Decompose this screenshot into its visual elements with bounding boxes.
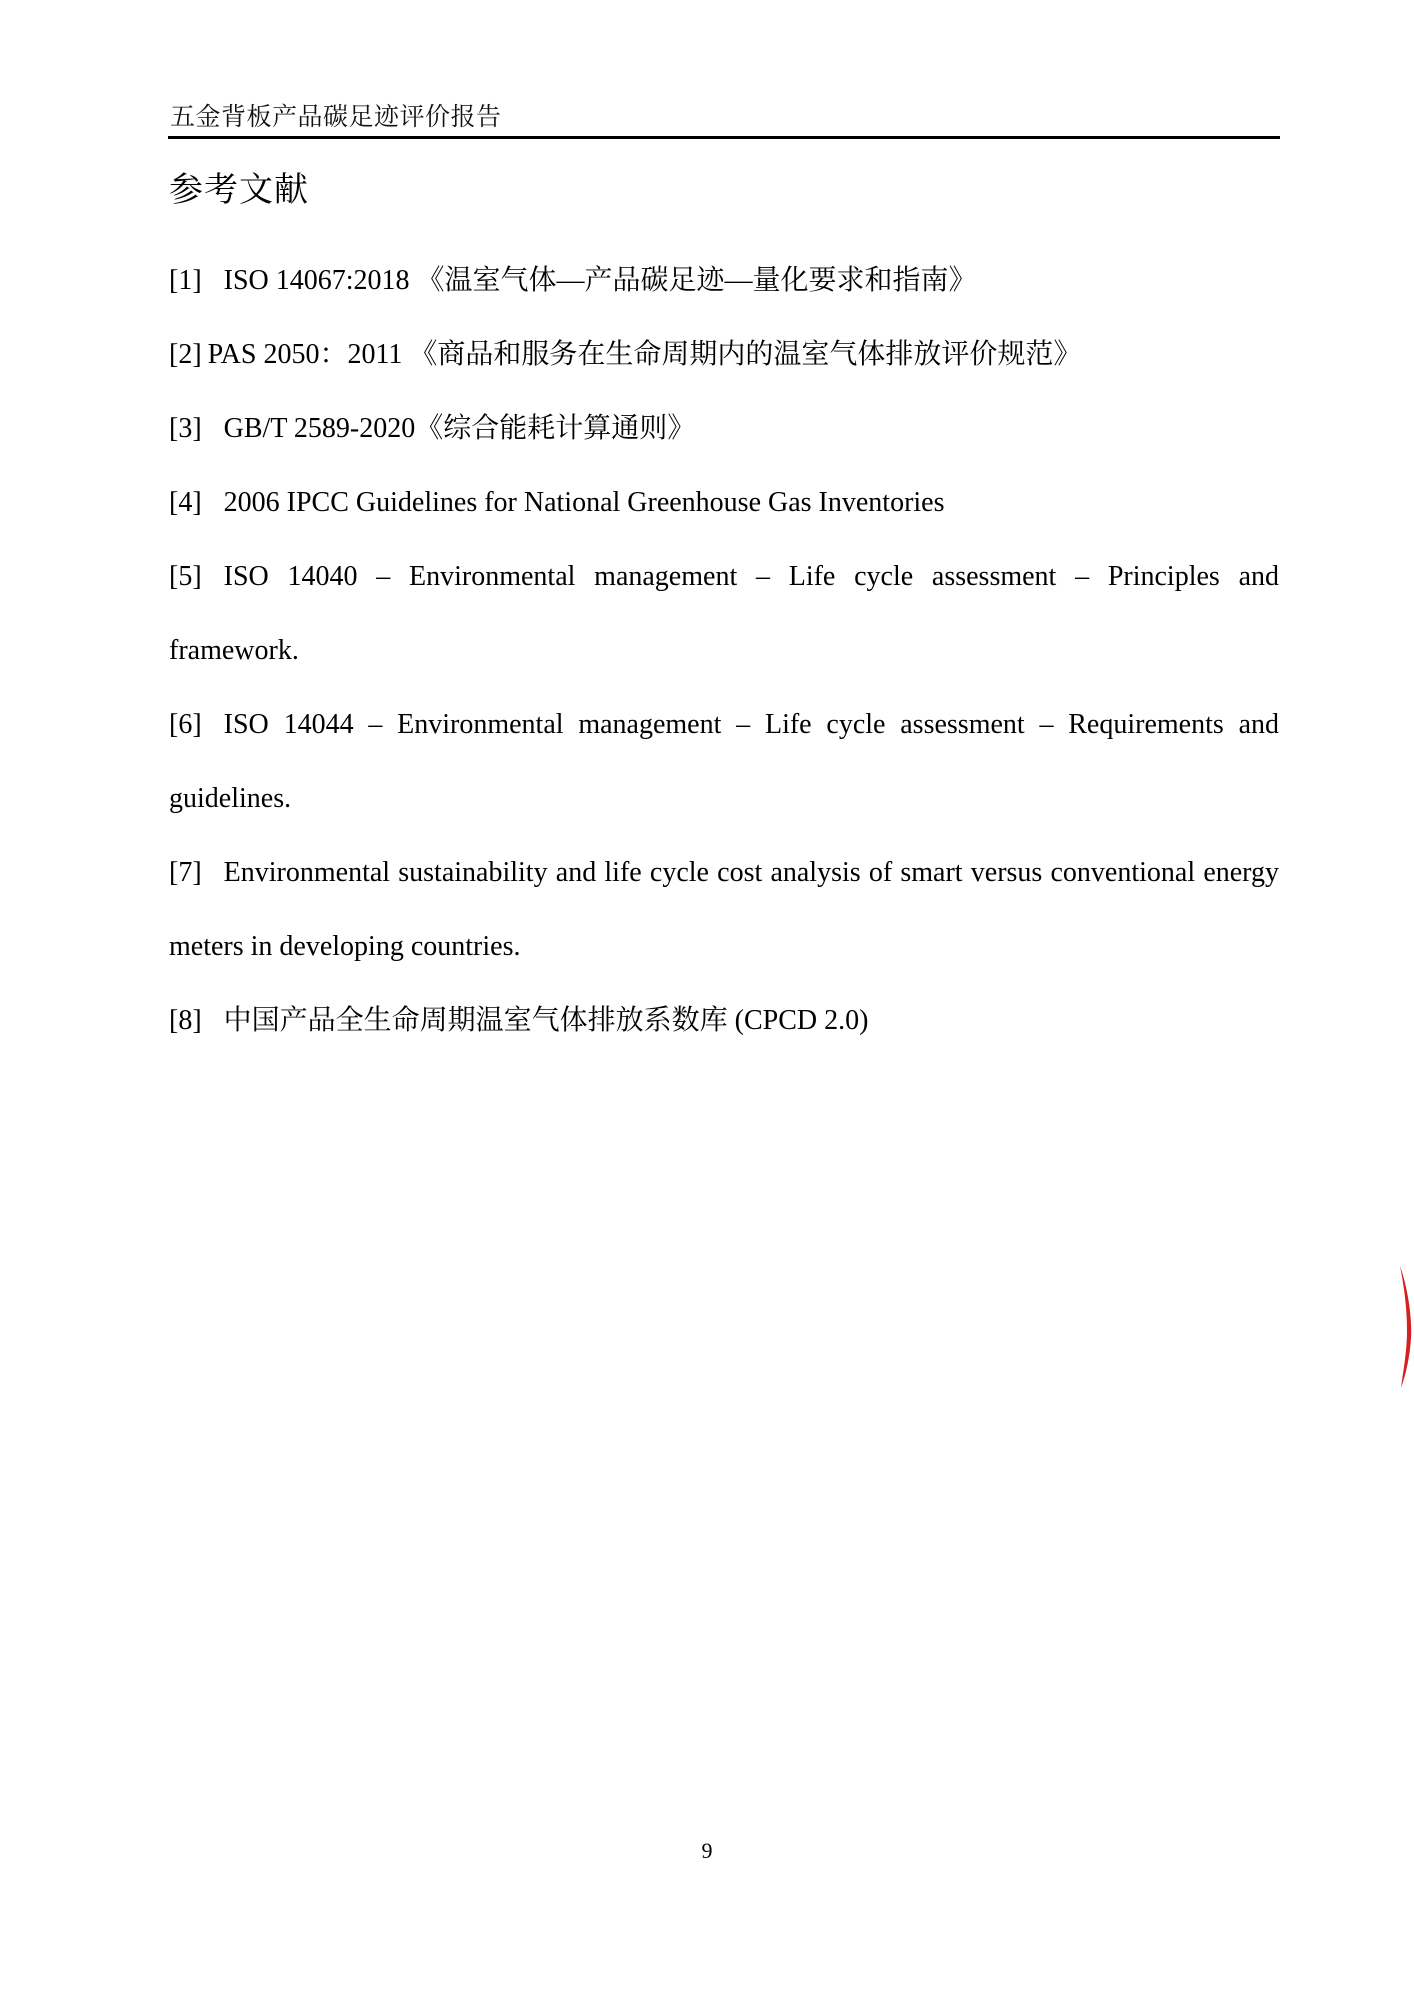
reference-text: 2006 IPCC Guidelines for National Greenh… (224, 487, 945, 518)
seal-stamp-edge-icon (1398, 1266, 1414, 1388)
running-header-text: 五金背板产品碳足迹评价报告 (170, 104, 502, 132)
reference-item: [3]GB/T 2589-2020《综合能耗计算通则》 (169, 392, 1279, 466)
reference-item: [1]ISO 14067:2018 《温室气体—产品碳足迹—量化要求和指南》 (169, 244, 1279, 318)
reference-text: PAS 2050：2011 《商品和服务在生命周期内的温室气体排放评价规范》 (208, 339, 1082, 370)
reference-number: [8] (169, 984, 202, 1058)
reference-text: ISO 14040 – Environmental management – L… (169, 561, 1279, 666)
reference-text: ISO 14044 – Environmental management – L… (169, 709, 1279, 814)
reference-item: [8]中国产品全生命周期温室气体排放系数库 (CPCD 2.0) (169, 984, 1279, 1058)
reference-number: [5] (169, 540, 202, 614)
reference-number: [3] (169, 392, 202, 466)
reference-number: [2] (169, 318, 202, 392)
reference-number: [1] (169, 244, 202, 318)
reference-text: 中国产品全生命周期温室气体排放系数库 (CPCD 2.0) (224, 1005, 869, 1036)
reference-number: [4] (169, 466, 202, 540)
header-rule (168, 136, 1280, 139)
section-title: 参考文献 (169, 168, 309, 212)
reference-number: [7] (169, 836, 202, 910)
reference-item: [6]ISO 14044 – Environmental management … (169, 688, 1279, 836)
running-header: 五金背板产品碳足迹评价报告 (168, 100, 1280, 136)
reference-text: ISO 14067:2018 《温室气体—产品碳足迹—量化要求和指南》 (224, 265, 977, 296)
reference-text: Environmental sustainability and life cy… (169, 857, 1279, 962)
reference-item: [7]Environmental sustainability and life… (169, 836, 1279, 984)
reference-item: [4]2006 IPCC Guidelines for National Gre… (169, 466, 1279, 540)
reference-item: [5]ISO 14040 – Environmental management … (169, 540, 1279, 688)
reference-item: [2]PAS 2050：2011 《商品和服务在生命周期内的温室气体排放评价规范… (169, 318, 1279, 392)
page-number: 9 (0, 1836, 1414, 1866)
reference-text: GB/T 2589-2020《综合能耗计算通则》 (224, 413, 696, 444)
reference-number: [6] (169, 688, 202, 762)
reference-list: [1]ISO 14067:2018 《温室气体—产品碳足迹—量化要求和指南》 [… (169, 244, 1279, 1058)
